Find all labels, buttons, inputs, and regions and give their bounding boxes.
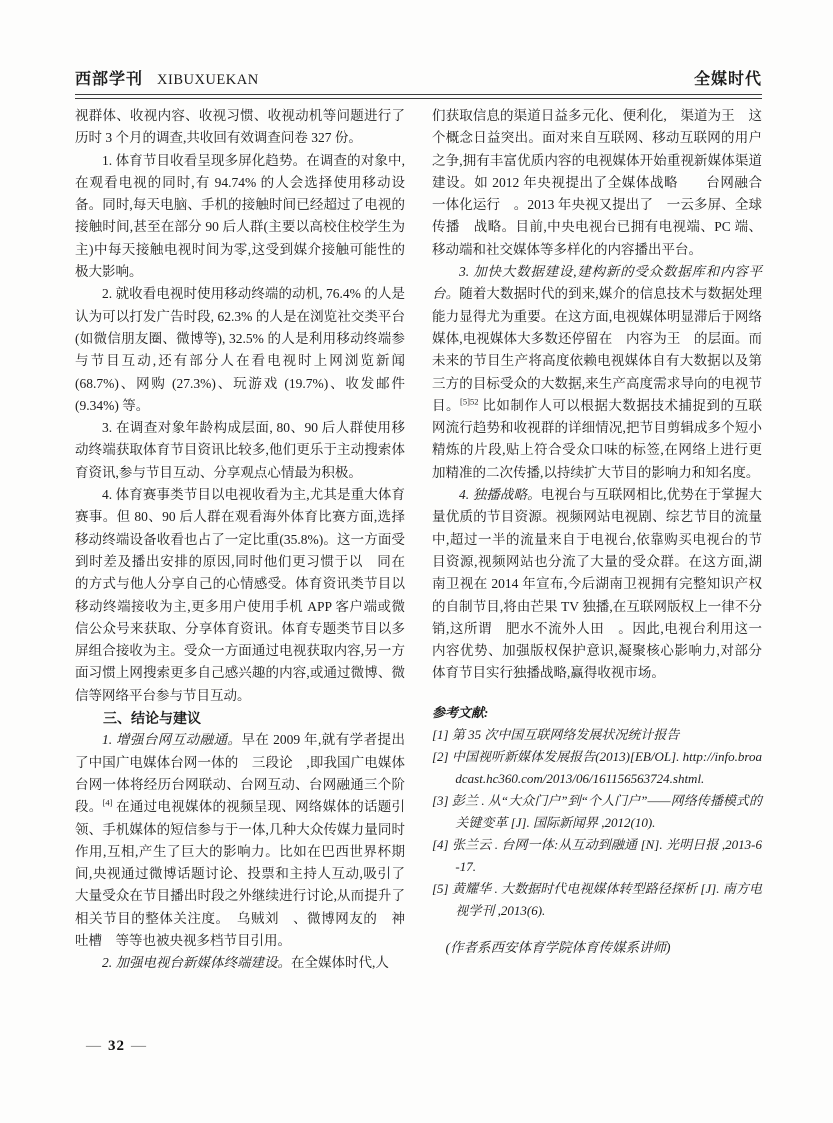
right-column: 们获取信息的渠道日益多元化、便利化, 渠道为王 这个概念日益突出。面对来自互联网… — [432, 105, 762, 975]
suggestion-text: 随着大数据时代的到来,媒介的信息技术与数据处理能力显得尤为重要。在这方面,电视媒… — [432, 286, 762, 412]
references-heading: 参考文献: — [432, 702, 762, 724]
paragraph-continued: 视群体、收视内容、收视习惯、收视动机等问题进行了历时 3 个月的调查,共收回有效… — [75, 105, 405, 150]
paragraph-suggestion-3: 3. 加快大数据建设,建构新的受众数据库和内容平台。随着大数据时代的到来,媒介的… — [432, 261, 762, 484]
suggestion-lead: 4. 独播战略。 — [459, 487, 541, 502]
reference-item: [2] 中国视听新媒体发展报告(2013)[EB/OL]. http://inf… — [432, 746, 762, 790]
journal-name-cn: 西部学刊 — [75, 71, 143, 88]
paragraph-point-2: 2. 就收看电视时使用移动终端的动机, 76.4% 的人是认为可以打发广告时段,… — [75, 283, 405, 417]
page-number: 32 — [102, 1038, 131, 1054]
section-tag: 全媒时代 — [694, 66, 762, 89]
paragraph-suggestion-4: 4. 独播战略。电视台与互联网相比,优势在于掌握大量优质的节目资源。视频网站电视… — [432, 484, 762, 685]
reference-item: [4] 张兰云 . 台网一体:从互动到融通 [N]. 光明日报 ,2013-6-… — [432, 834, 762, 878]
reference-item: [3] 彭兰 . 从“大众门户”到“个人门户”——网络传播模式的关键变革 [J]… — [432, 790, 762, 834]
suggestion-text: 在全媒体时代,人 — [291, 955, 389, 970]
author-note: (作者系西安体育学院体育传媒系讲师) — [432, 937, 762, 959]
journal-name-en: XIBUXUEKAN — [157, 72, 259, 88]
footer-dash-left: — — [86, 1038, 102, 1054]
article-body: 视群体、收视内容、收视习惯、收视动机等问题进行了历时 3 个月的调查,共收回有效… — [75, 105, 762, 975]
paragraph-point-3: 3. 在调查对象年龄构成层面, 80、90 后人群使用移动终端获取体育节目资讯比… — [75, 417, 405, 484]
paragraph-point-4: 4. 体育赛事类节目以电视收看为主,尤其是重大体育赛事。但 80、90 后人群在… — [75, 484, 405, 707]
paragraph-point-1: 1. 体育节目收看呈现多屏化趋势。在调查的对象中,在观看电视的同时,有 94.7… — [75, 150, 405, 284]
paragraph-suggestion-2: 2. 加强电视台新媒体终端建设。在全媒体时代,人 — [75, 952, 405, 974]
section-heading-conclusions: 三、结论与建议 — [75, 707, 405, 729]
suggestion-lead: 1. 增强台网互动融通。 — [102, 732, 241, 747]
citation-marker-4: [4] — [103, 798, 113, 808]
references-section: 参考文献: [1] 第 35 次中国互联网络发展状况统计报告 [2] 中国视听新… — [432, 702, 762, 922]
footer-dash-right: — — [131, 1038, 147, 1054]
suggestion-text: 比如制作人可以根据大数据技术捕捉到的互联网流行趋势和收视群的详细情况,把节目剪辑… — [432, 398, 762, 480]
citation-marker-5: [5]52 — [460, 396, 478, 406]
page-header: 西部学刊XIBUXUEKAN 全媒时代 — [75, 66, 762, 89]
reference-item: [1] 第 35 次中国互联网络发展状况统计报告 — [432, 724, 762, 746]
journal-title: 西部学刊XIBUXUEKAN — [75, 66, 259, 89]
paragraph-suggestion-1: 1. 增强台网互动融通。早在 2009 年,就有学者提出了中国广电媒体台网一体的… — [75, 729, 405, 952]
suggestion-text: 在通过电视媒体的视频呈现、网络媒体的话题引领、手机媒体的短信参与于一体,几种大众… — [75, 799, 405, 948]
suggestion-lead: 2. 加强电视台新媒体终端建设。 — [102, 955, 291, 970]
journal-page: 西部学刊XIBUXUEKAN 全媒时代 视群体、收视内容、收视习惯、收视动机等问… — [0, 0, 833, 1123]
left-column: 视群体、收视内容、收视习惯、收视动机等问题进行了历时 3 个月的调查,共收回有效… — [75, 105, 405, 975]
paragraph-continued: 们获取信息的渠道日益多元化、便利化, 渠道为王 这个概念日益突出。面对来自互联网… — [432, 105, 762, 261]
header-rule — [75, 94, 762, 99]
reference-item: [5] 黄耀华 . 大数据时代电视媒体转型路径探析 [J]. 南方电视学刊 ,2… — [432, 878, 762, 922]
suggestion-text: 电视台与互联网相比,优势在于掌握大量优质的节目资源。视频网站电视剧、综艺节目的流… — [432, 487, 762, 680]
page-footer: —32— — [86, 1038, 147, 1055]
